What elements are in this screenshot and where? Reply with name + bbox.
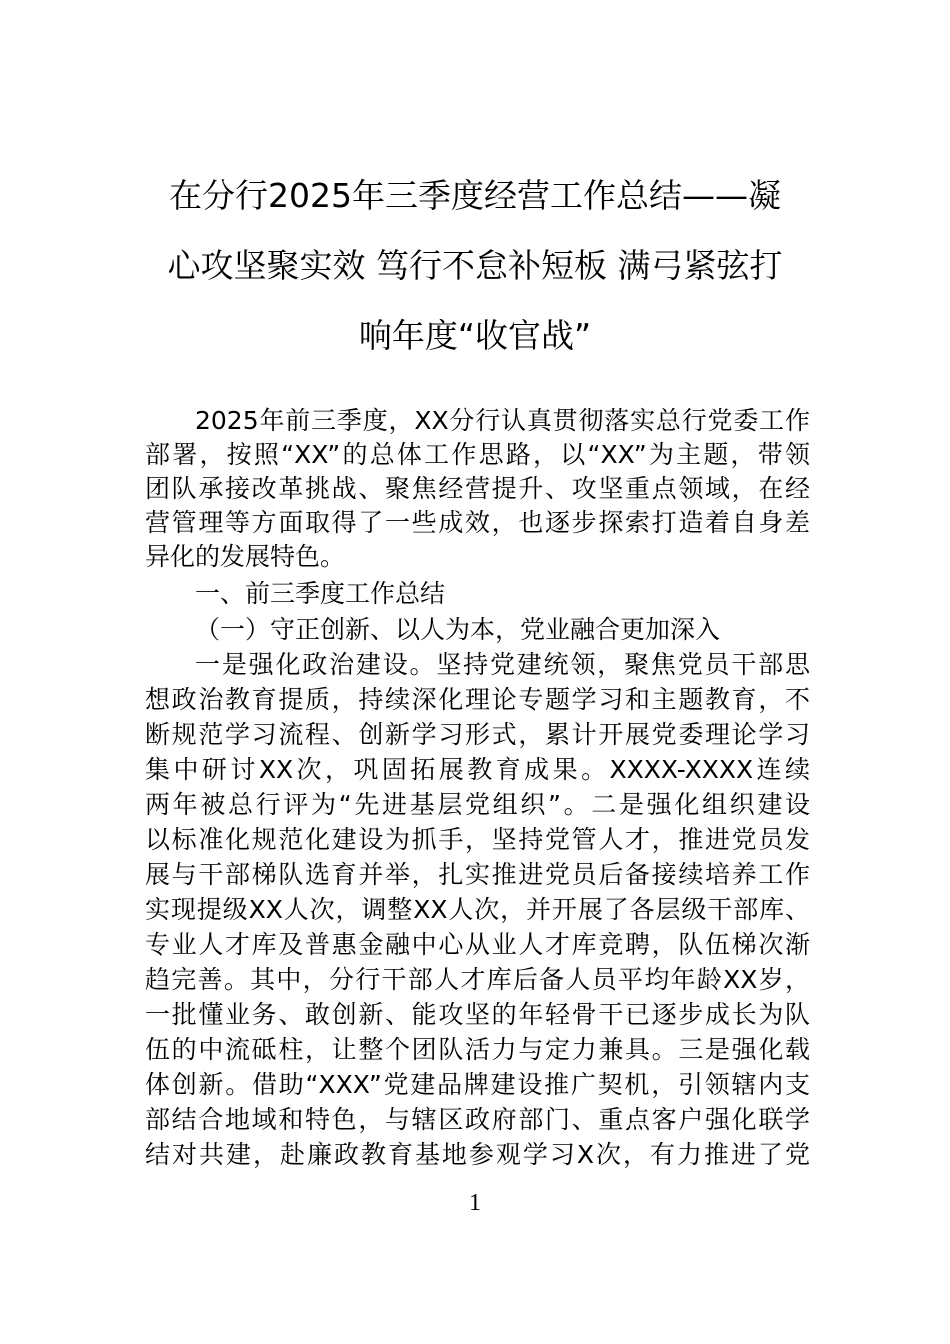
title-line-1: 在分行2025年三季度经营工作总结——凝 [140,176,810,216]
paragraph-line: 两年被总行评为“先进基层党组织”。二是强化组织建设 [145,788,810,822]
page-number: 1 [0,1188,950,1218]
paragraph-line: 想政治教育提质，持续深化理论专题学习和主题教育，不 [145,683,810,717]
paragraph-line: 一是强化政治建设。坚持党建统领，聚焦党员干部思 [195,648,810,682]
paragraph-line: 展与干部梯队选育并举，扎实推进党员后备接续培养工作 [145,858,810,892]
paragraph-line: 以标准化规范化建设为抓手，坚持党管人才，推进党员发 [145,823,810,857]
paragraph-intro-line: 异化的发展特色。 [145,540,810,574]
subsection-heading: （一）守正创新、以人为本，党业融合更加深入 [195,613,810,647]
title-line-3: 响年度“收官战” [140,316,810,356]
title-line-2: 心攻坚聚实效 笃行不怠补短板 满弓紧弦打 [140,246,810,286]
paragraph-line: 部结合地域和特色，与辖区政府部门、重点客户强化联学 [145,1103,810,1137]
document-page: 在分行2025年三季度经营工作总结——凝 心攻坚聚实效 笃行不怠补短板 满弓紧弦… [0,0,950,1344]
paragraph-line: 断规范学习流程、创新学习形式，累计开展党委理论学习 [145,718,810,752]
paragraph-line: 实现提级XX人次，调整XX人次，并开展了各层级干部库、 [145,893,810,927]
paragraph-line: 一批懂业务、敢创新、能攻坚的年轻骨干已逐步成长为队 [145,998,810,1032]
paragraph-intro-line: 部署，按照“XX”的总体工作思路，以“XX”为主题，带领 [145,438,810,472]
section-heading: 一、前三季度工作总结 [195,577,810,611]
paragraph-line: 专业人才库及普惠金融中心从业人才库竞聘，队伍梯次渐 [145,928,810,962]
paragraph-line: 体创新。借助“XXX”党建品牌建设推广契机，引领辖内支 [145,1068,810,1102]
paragraph-intro-line: 营管理等方面取得了一些成效，也逐步探索打造着自身差 [145,506,810,540]
paragraph-line: 伍的中流砥柱，让整个团队活力与定力兼具。三是强化载 [145,1033,810,1067]
paragraph-line: 趋完善。其中，分行干部人才库后备人员平均年龄XX岁， [145,963,810,997]
paragraph-intro-line: 团队承接改革挑战、聚焦经营提升、攻坚重点领域，在经 [145,472,810,506]
paragraph-line: 集中研讨XX次，巩固拓展教育成果。XXXX-XXXX连续 [145,753,810,787]
paragraph-intro-line: 2025年前三季度，XX分行认真贯彻落实总行党委工作 [195,404,810,438]
paragraph-line: 结对共建，赴廉政教育基地参观学习X次，有力推进了党 [145,1138,810,1172]
